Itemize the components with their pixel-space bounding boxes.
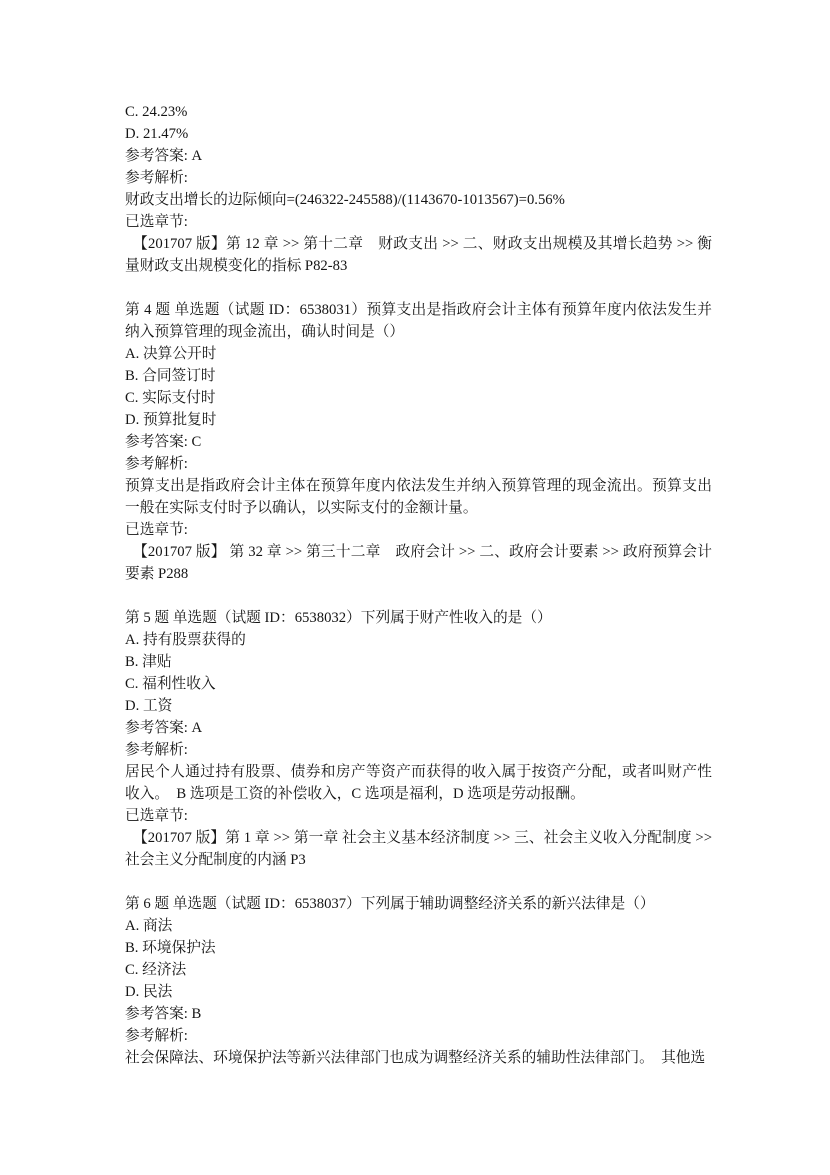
answer-line: 参考答案: A xyxy=(125,717,712,739)
question-block-5: 第 5 题 单选题（试题 ID：6538032）下列属于财产性收入的是（） A.… xyxy=(125,607,712,871)
analysis-text: 财政支出增长的边际倾向=(246322-245588)/(1143670-101… xyxy=(125,189,712,211)
question-stem: 第 6 题 单选题（试题 ID：6538037）下列属于辅助调整经济关系的新兴法… xyxy=(125,893,712,915)
option-c: C. 福利性收入 xyxy=(125,673,712,695)
analysis-text: 预算支出是指政府会计主体在预算年度内依法发生并纳入预算管理的现金流出。预算支出一… xyxy=(125,475,712,519)
option-c: C. 经济法 xyxy=(125,959,712,981)
option-d: D. 工资 xyxy=(125,695,712,717)
option-c: C. 24.23% xyxy=(125,101,712,123)
question-block-4: 第 4 题 单选题（试题 ID：6538031）预算支出是指政府会计主体有预算年… xyxy=(125,299,712,585)
chapter-ref: 【201707 版】第 1 章 >> 第一章 社会主义基本经济制度 >> 三、社… xyxy=(125,827,712,871)
option-b: B. 环境保护法 xyxy=(125,937,712,959)
analysis-label: 参考解析: xyxy=(125,167,712,189)
question-stem: 第 5 题 单选题（试题 ID：6538032）下列属于财产性收入的是（） xyxy=(125,607,712,629)
option-b: B. 合同签订时 xyxy=(125,365,712,387)
answer-line: 参考答案: A xyxy=(125,145,712,167)
option-d: D. 民法 xyxy=(125,981,712,1003)
option-a: A. 决算公开时 xyxy=(125,343,712,365)
option-a: A. 持有股票获得的 xyxy=(125,629,712,651)
option-d: D. 21.47% xyxy=(125,123,712,145)
analysis-text: 居民个人通过持有股票、债券和房产等资产而获得的收入属于按资产分配，或者叫财产性收… xyxy=(125,761,712,805)
chapter-ref: 【201707 版】第 12 章 >> 第十二章 财政支出 >> 二、财政支出规… xyxy=(125,233,712,277)
chapter-ref: 【201707 版】 第 32 章 >> 第三十二章 政府会计 >> 二、政府会… xyxy=(125,541,712,585)
question-stem: 第 4 题 单选题（试题 ID：6538031）预算支出是指政府会计主体有预算年… xyxy=(125,299,712,343)
option-a: A. 商法 xyxy=(125,915,712,937)
answer-line: 参考答案: B xyxy=(125,1003,712,1025)
question-block-6: 第 6 题 单选题（试题 ID：6538037）下列属于辅助调整经济关系的新兴法… xyxy=(125,893,712,1069)
document-page: C. 24.23% D. 21.47% 参考答案: A 参考解析: 财政支出增长… xyxy=(0,0,830,1175)
option-d: D. 预算批复时 xyxy=(125,409,712,431)
analysis-text: 社会保障法、环境保护法等新兴法律部门也成为调整经济关系的辅助性法律部门。 其他选 xyxy=(125,1047,712,1069)
chapter-label: 已选章节: xyxy=(125,211,712,233)
chapter-label: 已选章节: xyxy=(125,519,712,541)
option-b: B. 津贴 xyxy=(125,651,712,673)
analysis-label: 参考解析: xyxy=(125,1025,712,1047)
question-block-partial: C. 24.23% D. 21.47% 参考答案: A 参考解析: 财政支出增长… xyxy=(125,101,712,277)
chapter-label: 已选章节: xyxy=(125,805,712,827)
option-c: C. 实际支付时 xyxy=(125,387,712,409)
analysis-label: 参考解析: xyxy=(125,739,712,761)
answer-line: 参考答案: C xyxy=(125,431,712,453)
analysis-label: 参考解析: xyxy=(125,453,712,475)
